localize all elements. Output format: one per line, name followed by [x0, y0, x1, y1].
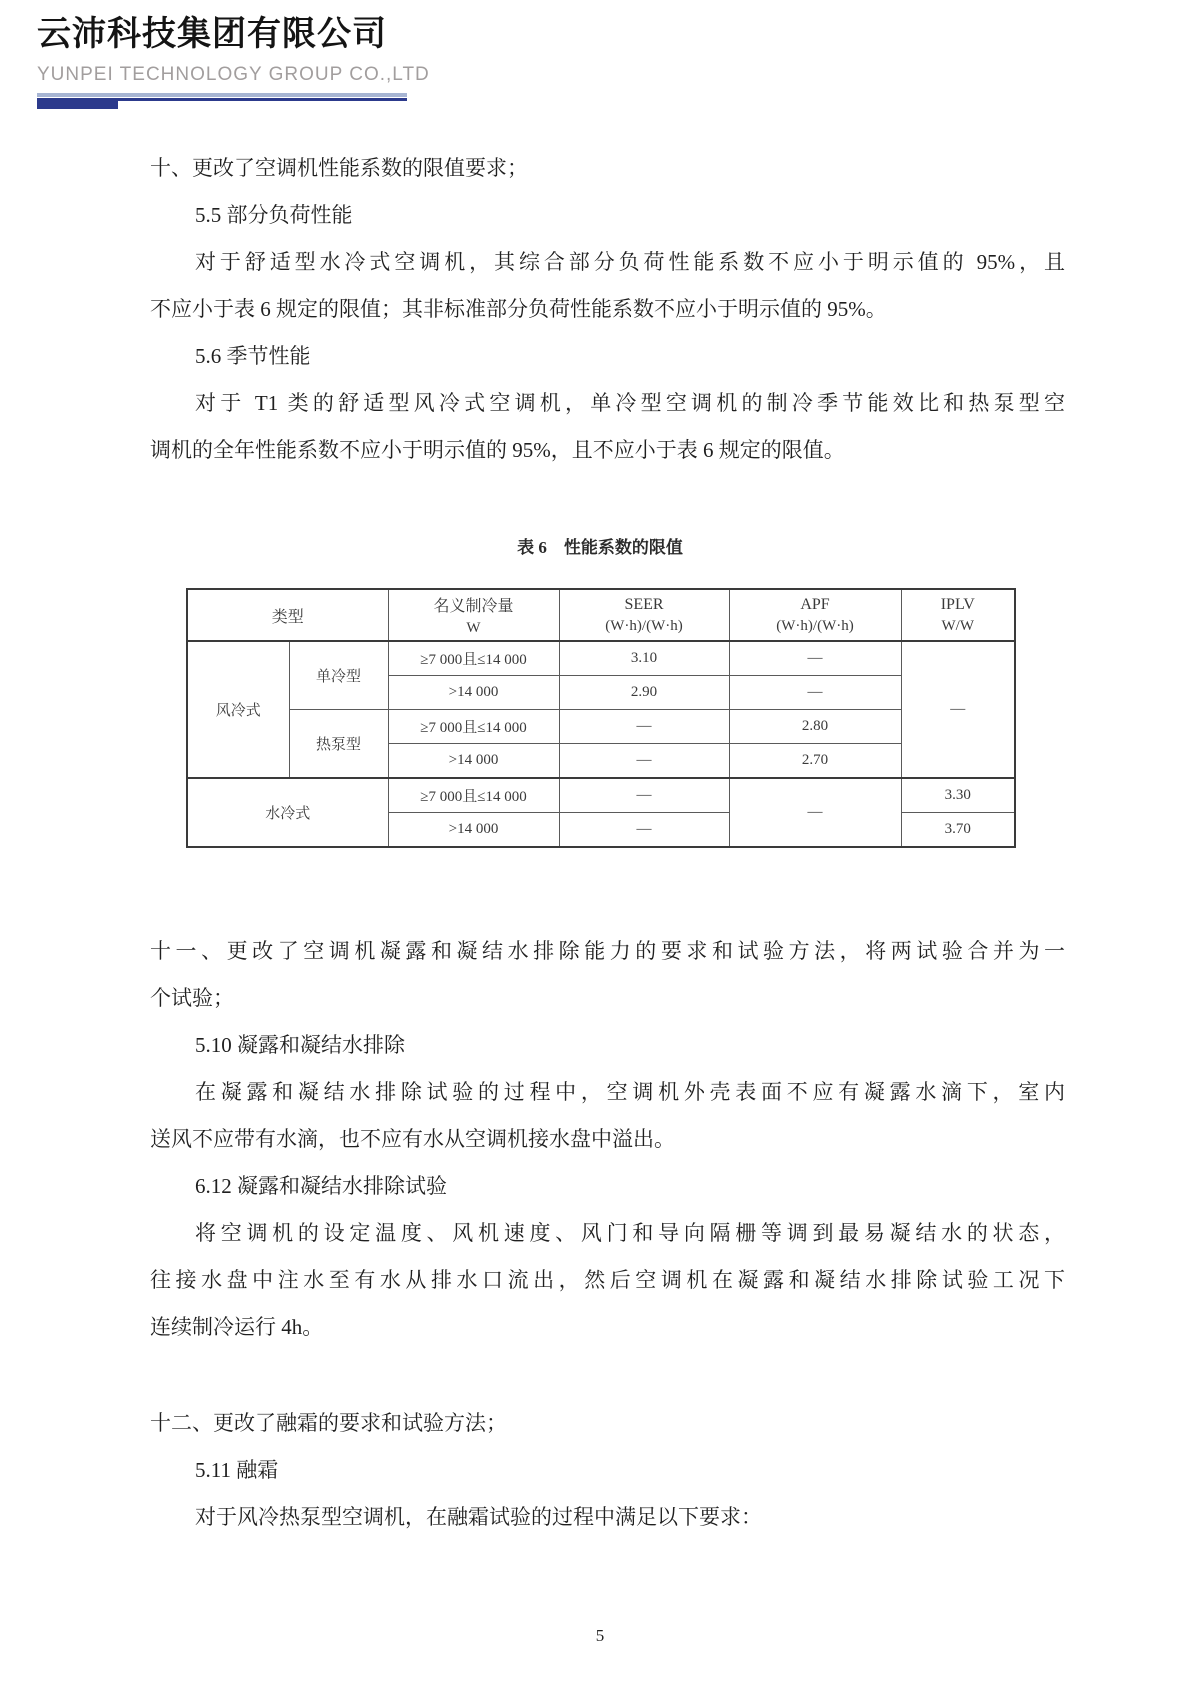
- paragraph-line: 十一、更改了空调机凝露和凝结水排除能力的要求和试验方法，将两试验合并为一: [150, 928, 1065, 975]
- company-name-en: YUNPEI TECHNOLOGY GROUP CO.,LTD: [37, 63, 1200, 87]
- cell-seer: —: [559, 744, 729, 779]
- cell-heat-pump: 热泵型: [289, 710, 388, 779]
- table-row: 水冷式 ≥7 000且≤14 000 — — 3.30: [187, 778, 1015, 813]
- header-iplv-label: IPLV: [902, 596, 1015, 614]
- paragraph-line: 在凝露和凝结水排除试验的过程中，空调机外壳表面不应有凝露水滴下，室内: [150, 1069, 1065, 1116]
- cell-seer: —: [559, 813, 729, 848]
- header-cell-type: 类型: [187, 589, 388, 641]
- cell-seer: 3.10: [559, 641, 729, 676]
- cell-seer: 2.90: [559, 676, 729, 710]
- paragraph-line: 将空调机的设定温度、风机速度、风门和导向隔栅等调到最易凝结水的状态，: [150, 1210, 1065, 1257]
- paragraph-line: 往接水盘中注水至有水从排水口流出，然后空调机在凝露和凝结水排除试验工况下: [150, 1257, 1065, 1304]
- paragraph-line: 对于舒适型水冷式空调机，其综合部分负荷性能系数不应小于明示值的 95%，且: [150, 239, 1065, 286]
- header-seer-label: SEER: [560, 596, 729, 614]
- header-capacity-unit: W: [389, 620, 559, 637]
- cell-apf: —: [729, 778, 901, 847]
- paragraph-line: 十、更改了空调机性能系数的限值要求；: [150, 145, 1065, 192]
- paragraph-line: 调机的全年性能系数不应小于明示值的 95%，且不应小于表 6 规定的限值。: [150, 427, 1065, 474]
- cell-seer: —: [559, 778, 729, 813]
- section-12: 十二、更改了融霜的要求和试验方法； 5.11 融霜 对于风冷热泵型空调机，在融霜…: [150, 1400, 1065, 1541]
- section-11: 十一、更改了空调机凝露和凝结水排除能力的要求和试验方法，将两试验合并为一 个试验…: [150, 928, 1065, 1351]
- cell-apf: —: [729, 676, 901, 710]
- table-header-row: 类型 名义制冷量 W SEER (W·h)/(W·h) APF (W·h)/(W…: [187, 589, 1015, 641]
- paragraph-line: 5.11 融霜: [150, 1447, 1065, 1494]
- cell-range: >14 000: [388, 676, 559, 710]
- cell-water-cooled: 水冷式: [187, 778, 388, 847]
- header-cell-seer: SEER (W·h)/(W·h): [559, 589, 729, 641]
- header-apf-label: APF: [730, 596, 901, 614]
- cell-apf: 2.80: [729, 710, 901, 744]
- cell-iplv: 3.70: [901, 813, 1015, 848]
- header-seer-unit: (W·h)/(W·h): [560, 618, 729, 635]
- brand-rule-navy-block: [37, 98, 118, 109]
- paragraph-line: 6.12 凝露和凝结水排除试验: [150, 1163, 1065, 1210]
- paragraph-line: 5.6 季节性能: [150, 333, 1065, 380]
- page-number: 5: [0, 1626, 1200, 1646]
- cell-single-cooling: 单冷型: [289, 641, 388, 710]
- document-page: 云沛科技集团有限公司 YUNPEI TECHNOLOGY GROUP CO.,L…: [0, 0, 1200, 1697]
- header-cell-apf: APF (W·h)/(W·h): [729, 589, 901, 641]
- paragraph-line: 个试验；: [150, 975, 1065, 1022]
- company-name-zh: 云沛科技集团有限公司: [37, 12, 1200, 56]
- cell-seer: —: [559, 710, 729, 744]
- section-10: 十、更改了空调机性能系数的限值要求； 5.5 部分负荷性能 对于舒适型水冷式空调…: [150, 145, 1065, 474]
- header-cell-iplv: IPLV W/W: [901, 589, 1015, 641]
- brand-rule-row: [37, 98, 407, 109]
- header-capacity-label: 名义制冷量: [389, 593, 559, 616]
- paragraph-line: 送风不应带有水滴，也不应有水从空调机接水盘中溢出。: [150, 1116, 1065, 1163]
- cell-iplv: —: [901, 641, 1015, 778]
- cell-range: >14 000: [388, 744, 559, 779]
- cell-range: ≥7 000且≤14 000: [388, 641, 559, 676]
- paragraph-line: 对于 T1 类的舒适型风冷式空调机，单冷型空调机的制冷季节能效比和热泵型空: [150, 380, 1065, 427]
- cell-iplv: 3.30: [901, 778, 1015, 813]
- brand-rule: [37, 93, 407, 109]
- cell-air-cooled: 风冷式: [187, 641, 289, 778]
- header-iplv-unit: W/W: [902, 618, 1015, 635]
- paragraph-line: 十二、更改了融霜的要求和试验方法；: [150, 1400, 1065, 1447]
- cell-range: ≥7 000且≤14 000: [388, 778, 559, 813]
- cell-apf: —: [729, 641, 901, 676]
- paragraph-line: 不应小于表 6 规定的限值；其非标准部分负荷性能系数不应小于明示值的 95%。: [150, 286, 1065, 333]
- brand-rule-light-line: [37, 93, 407, 97]
- table-title: 表 6 性能系数的限值: [0, 538, 1200, 558]
- paragraph-line: 对于风冷热泵型空调机，在融霜试验的过程中满足以下要求：: [150, 1494, 1065, 1541]
- cell-range: >14 000: [388, 813, 559, 848]
- cell-apf: 2.70: [729, 744, 901, 779]
- cell-range: ≥7 000且≤14 000: [388, 710, 559, 744]
- header-apf-unit: (W·h)/(W·h): [730, 618, 901, 635]
- brand-rule-navy-line: [118, 98, 407, 101]
- table-row: 风冷式 单冷型 ≥7 000且≤14 000 3.10 — —: [187, 641, 1015, 676]
- table-6: 类型 名义制冷量 W SEER (W·h)/(W·h) APF (W·h)/(W…: [186, 588, 1016, 848]
- paragraph-line: 连续制冷运行 4h。: [150, 1304, 1065, 1351]
- paragraph-line: 5.5 部分负荷性能: [150, 192, 1065, 239]
- table-row: 热泵型 ≥7 000且≤14 000 — 2.80: [187, 710, 1015, 744]
- header-cell-capacity: 名义制冷量 W: [388, 589, 559, 641]
- letterhead: 云沛科技集团有限公司 YUNPEI TECHNOLOGY GROUP CO.,L…: [0, 0, 1200, 109]
- paragraph-line: 5.10 凝露和凝结水排除: [150, 1022, 1065, 1069]
